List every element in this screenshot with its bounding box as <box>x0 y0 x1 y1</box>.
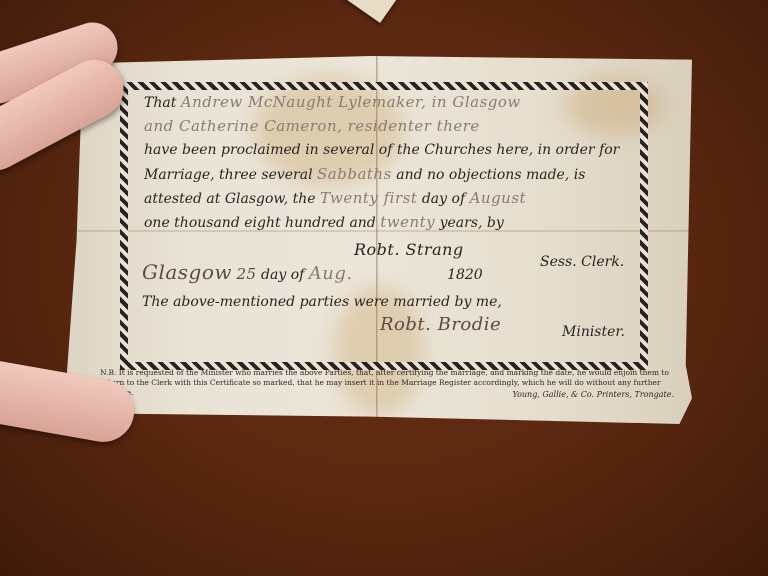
handwritten-names: and Catherine Cameron, residenter there <box>144 117 480 135</box>
printed-text: have been proclaimed in several of the C… <box>144 142 619 158</box>
marriage-certificate: That Andrew McNaught Lylemaker, in Glasg… <box>64 56 692 424</box>
handwritten-names: Andrew McNaught Lylemaker, in Glasgow <box>181 93 521 111</box>
line-3: have been proclaimed in several of the C… <box>144 138 624 162</box>
handwritten-text: Sabbaths <box>317 165 392 183</box>
handwritten-place: Glasgow <box>142 260 232 284</box>
printed-text: day of <box>261 267 304 283</box>
printed-text: attested at Glasgow, the <box>144 191 316 207</box>
handwritten-day: 25 <box>236 265 256 283</box>
minister-title: Minister. <box>562 324 625 340</box>
printed-text: and no objections made, is <box>396 167 585 183</box>
line-6: one thousand eight hundred and twenty ye… <box>144 210 624 234</box>
clerk-title: Sess. Clerk. <box>540 254 624 270</box>
line-5: attested at Glasgow, the Twenty first da… <box>144 186 624 210</box>
printed-text: day of <box>422 191 465 207</box>
printed-text: years, by <box>440 215 504 231</box>
handwritten-text: Twenty first <box>320 189 417 207</box>
printed-text: one thousand eight hundred and <box>144 215 376 231</box>
printed-text: That <box>144 95 176 111</box>
year: 1820 <box>447 267 483 283</box>
handwritten-month: Aug. <box>309 263 353 284</box>
certificate-body: That Andrew McNaught Lylemaker, in Glasg… <box>144 90 624 234</box>
married-statement: The above-mentioned parties were married… <box>142 294 502 310</box>
handwritten-text: August <box>470 189 526 207</box>
minister-signature: Robt. Brodie <box>380 314 501 335</box>
printer-imprint: Young, Gallie, & Co. Printers, Trongate. <box>512 390 674 399</box>
line-4: Marriage, three several Sabbaths and no … <box>144 162 624 186</box>
printed-text: Marriage, three several <box>144 167 313 183</box>
line-2: and Catherine Cameron, residenter there <box>144 114 624 138</box>
date-line: Glasgow 25 day of Aug. 1820 <box>142 260 483 284</box>
handwritten-text: twenty <box>380 213 435 231</box>
clerk-signature: Robt. Strang <box>354 240 464 259</box>
paper-scrap <box>341 0 398 23</box>
line-1: That Andrew McNaught Lylemaker, in Glasg… <box>144 90 624 114</box>
